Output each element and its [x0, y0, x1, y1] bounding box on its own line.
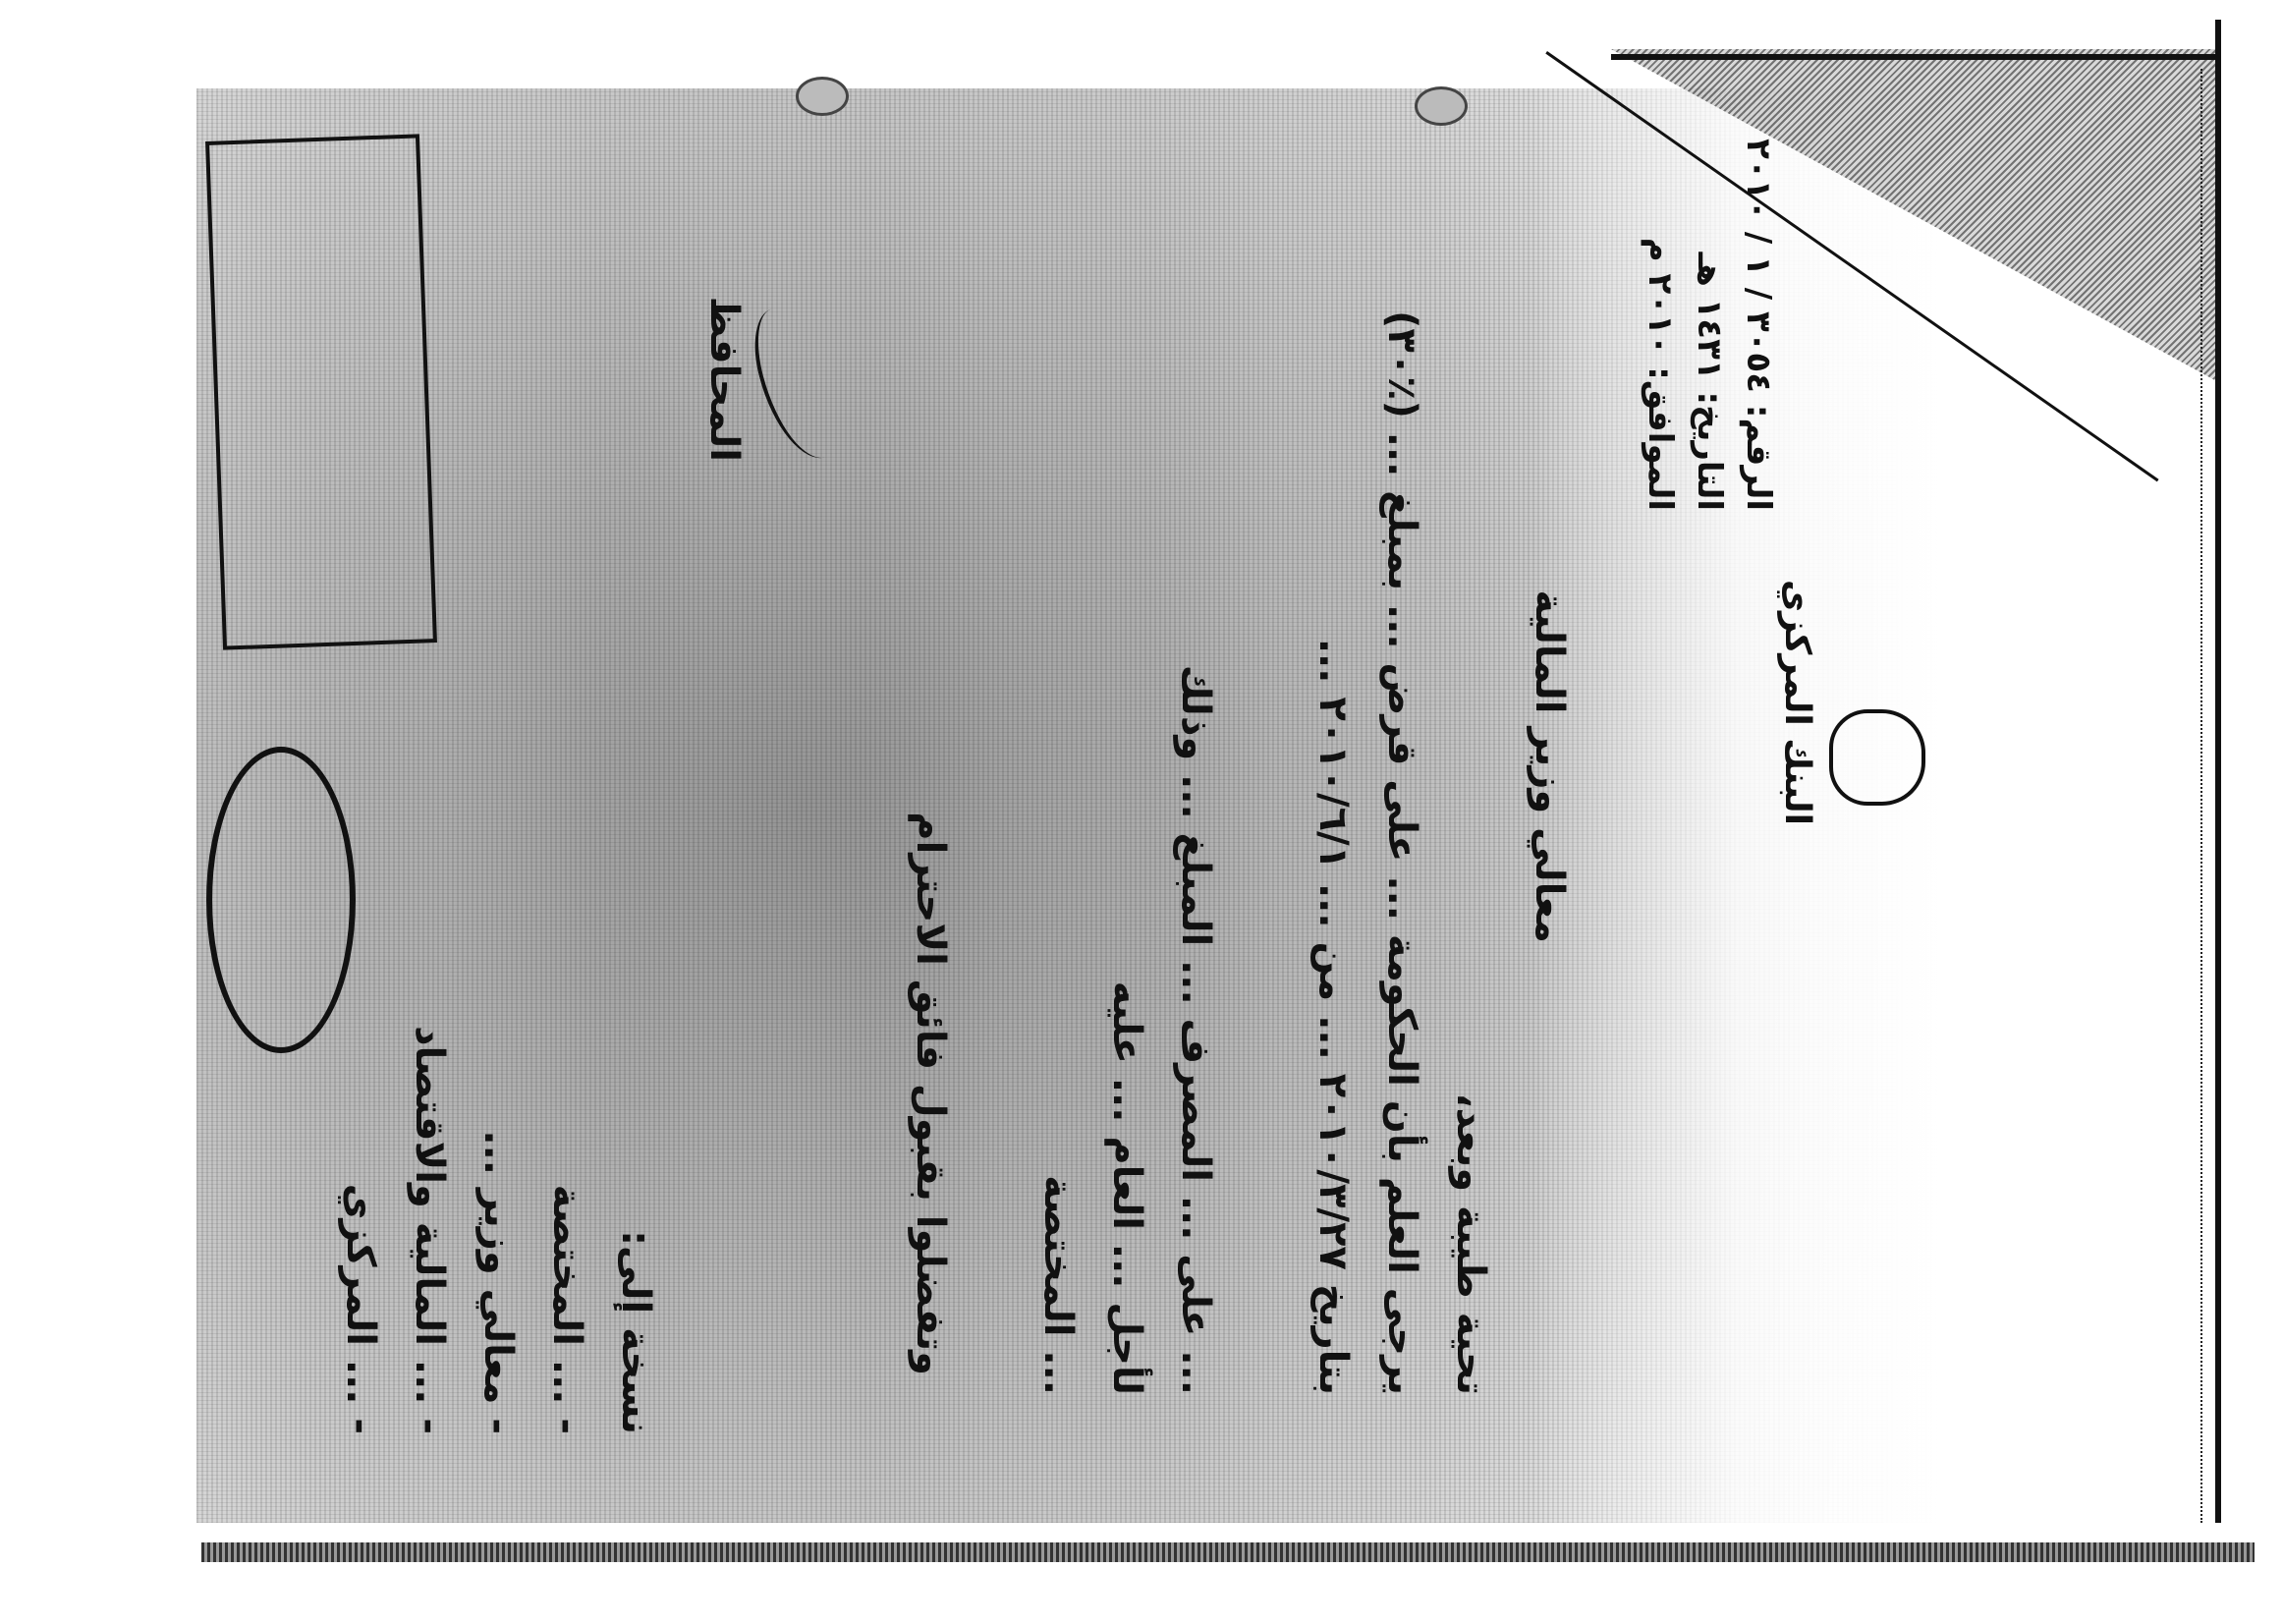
body-line: بتاريخ ٢٠١٠/٣/٢٧ ... من ... ٢٠١٠/٦/١ ... [1310, 639, 1356, 1395]
cc-line: - معالي وزير ... [475, 1130, 521, 1434]
signatory: المحافظ [701, 297, 747, 462]
top-border-rule [1611, 54, 2220, 60]
body-line: ... على ... المصرف ... المبلغ ... وذلك [1173, 665, 1218, 1395]
closing: وتفضلوا بقبول فائق الاحترام [908, 812, 953, 1375]
cc-line: - ... المختصة [544, 1185, 589, 1434]
cc-line: نسخة إلى: [613, 1230, 658, 1434]
cc-line: - ... المالية والاقتصاد [407, 1026, 452, 1434]
cc-line: - ... المركزي [338, 1184, 383, 1434]
date-hijri: التاريخ: ١٤٣١ هـ [1690, 252, 1729, 511]
bottom-scan-band [201, 1542, 2255, 1562]
signature-mark [744, 298, 855, 469]
body-line: لأجل ... العام ... عليه [1104, 981, 1149, 1395]
date-gregorian: الموافق: ٢٠١٠ م [1641, 238, 1680, 511]
body-line: يرجى العلم بأن الحكومة ... على قرض ... ب… [1379, 310, 1424, 1395]
body-line: ... المختصة [1035, 1175, 1081, 1395]
body-line: تحية طيبة وبعد، [1448, 1092, 1493, 1395]
salutation: معالي وزير المالية [1527, 589, 1572, 943]
reference-number: الرقم: ٣٠٥٤ / ١ / ٢٠١٠ [1739, 139, 1778, 511]
letter-page: الرقم: ٣٠٥٤ / ١ / ٢٠١٠ التاريخ: ١٤٣١ هـ … [187, 79, 2250, 1493]
issuer-title: البنك المركزي [1777, 580, 1817, 825]
state-emblem-icon [1829, 709, 1925, 806]
